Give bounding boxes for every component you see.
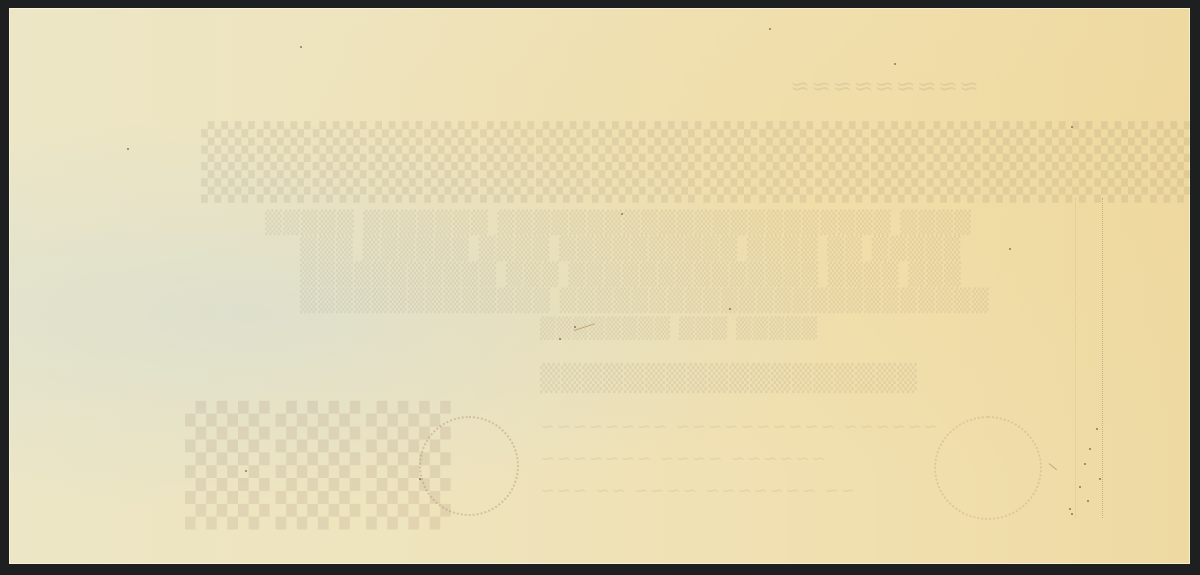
show-through-denomination-numeral: ▒▒▒ bbox=[179, 400, 451, 529]
paper-speck bbox=[1084, 463, 1086, 465]
show-through-signature-line: ~~~~~~ ~~~~~~~~~~ ~~~~~~~~ bbox=[539, 416, 938, 437]
paper-fiber bbox=[574, 323, 595, 331]
paper-speck bbox=[769, 28, 771, 30]
paper-speck bbox=[1099, 478, 1101, 480]
paper-speck bbox=[574, 326, 576, 328]
show-through-vertical-serial-strip bbox=[1075, 198, 1103, 518]
show-through-seal-left-icon bbox=[419, 416, 519, 516]
show-through-body-line: ▒▒▒▒▒ ▒▒ ▒▒▒▒ ▒▒▒▒▒▒▒▒▒▒ ▒▒▒▒ ▒▒▒▒▒▒ ▒▒▒ bbox=[299, 236, 960, 262]
show-through-body-line: ▒▒▒ ▒▒▒▒ ▒▒▒▒▒▒▒▒▒▒▒▒▒▒ ▒▒▒ ▒▒▒▒▒▒▒▒▒▒▒ bbox=[299, 262, 961, 288]
paper-speck bbox=[300, 46, 302, 48]
paper-speck bbox=[245, 470, 247, 472]
paper-speck bbox=[1096, 428, 1098, 430]
paper-fiber bbox=[1049, 463, 1057, 470]
paper-speck bbox=[729, 308, 731, 310]
paper-speck bbox=[1071, 513, 1073, 515]
show-through-signature-line: ~~~~~~ ~~~~ ~~~~~~~ bbox=[539, 448, 826, 469]
show-through-body-line: ▒▒▒▒ ▒▒▒▒▒▒▒▒▒▒▒▒▒▒▒▒▒▒▒▒▒▒ ▒▒▒▒▒▒▒ ▒▒▒▒… bbox=[264, 210, 971, 236]
show-through-seal-right-icon bbox=[934, 416, 1042, 520]
scan-background: ≈≈≈≈≈≈≈≈≈ ▒▒▒▒▒▒▒▒▒▒▒▒▒▒▒▒▒▒▒▒▒▒▒▒ ▒▒▒▒ … bbox=[0, 0, 1200, 575]
paper-speck bbox=[127, 148, 129, 150]
show-through-body-line: ▒▒▒▒▒▒▒▒▒▒▒▒▒▒▒▒▒▒▒▒▒▒▒▒ ▒▒▒▒▒▒▒▒▒▒▒▒▒▒ bbox=[299, 288, 989, 314]
paper-speck bbox=[1087, 500, 1089, 502]
banknote-reverse: ≈≈≈≈≈≈≈≈≈ ▒▒▒▒▒▒▒▒▒▒▒▒▒▒▒▒▒▒▒▒▒▒▒▒ ▒▒▒▒ … bbox=[9, 8, 1190, 564]
show-through-signature-line: ~~ ~~~~~~~ ~~~~ ~~ ~~~ bbox=[539, 480, 855, 501]
paper-speck bbox=[894, 63, 896, 65]
paper-speck bbox=[419, 478, 421, 480]
paper-speck bbox=[621, 213, 623, 215]
paper-speck bbox=[559, 338, 561, 340]
paper-speck bbox=[1069, 508, 1071, 510]
paper-speck bbox=[1071, 126, 1073, 128]
paper-speck bbox=[1009, 248, 1011, 250]
paper-speck bbox=[1079, 486, 1081, 488]
paper-speck bbox=[1089, 448, 1091, 450]
show-through-small-header: ≈≈≈≈≈≈≈≈≈ bbox=[789, 72, 979, 100]
show-through-issuer-line: ▒▒▒▒▒▒▒▒▒▒▒▒▒▒▒▒▒▒ bbox=[539, 364, 917, 394]
show-through-title: ▒▒▒▒▒▒▒▒▒▒▒▒▒▒▒▒▒▒▒▒▒▒▒▒ bbox=[199, 120, 1190, 203]
